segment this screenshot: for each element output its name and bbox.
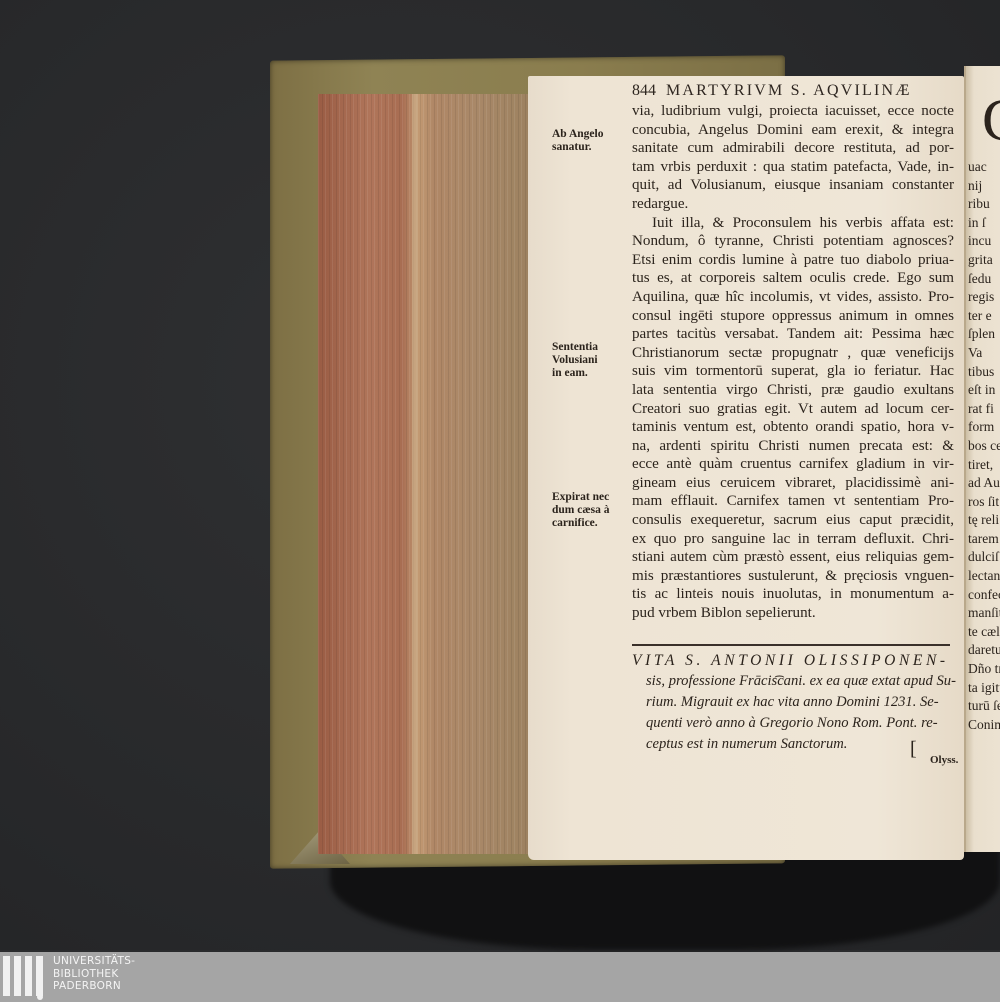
text-line: mis præstantiores sustulerunt, & pręcios… <box>632 567 954 586</box>
text-line: partes tacitùs versabat. Tandem ait: Pes… <box>632 325 954 344</box>
text-line: tis ac linteis nouis inuolutas, in monum… <box>632 585 954 604</box>
text-line: ex quo pro sanguine lac in terram deflux… <box>632 530 954 549</box>
next-section-title: VITA S. ANTONII OLISSIPONEN- sis, profes… <box>632 650 954 755</box>
text-line: redargue. <box>632 195 954 214</box>
section-divider-rule <box>632 644 950 646</box>
text-line: Creatori suo gratias egit. Vt autem ad l… <box>632 400 954 419</box>
text-line: Aquilina, quæ hîc incolumis, vt vides, a… <box>632 288 954 307</box>
logo-dot <box>37 994 43 1000</box>
text-line: Christianorum sectæ propugnatr , quæ ven… <box>632 344 954 363</box>
section-title-line: VITA S. ANTONII OLISSIPONEN- <box>632 650 954 671</box>
text-line: Etsi enim cordis lumine à patre tuo diab… <box>632 251 954 270</box>
facing-page-fragments: uac nij ribu in ſ incu grita ſedu regis … <box>968 158 1000 734</box>
section-title-line: ceptus est in numerum Sanctorum. <box>632 734 954 755</box>
text-line: tam vrbis perduxit : qua statim patefact… <box>632 158 954 177</box>
text-line: tus es, at corporeis saltem oculis crede… <box>632 269 954 288</box>
facing-page-initial: C <box>982 90 1000 150</box>
section-title-line: quenti verò anno à Gregorio Nono Rom. Po… <box>632 713 954 734</box>
fore-edge-gap <box>412 94 418 854</box>
text-line: ecce antè quàm cruentus carnifex gladium… <box>632 455 954 474</box>
running-header: 844MARTYRIVM S. AQVILINÆ <box>632 82 962 100</box>
section-title-line: sis, professione Frācis͡cani. ex ea quæ … <box>632 671 954 692</box>
text-line: suis vim tormentorū superat, gla io feri… <box>632 362 954 381</box>
page-block-fore-edge <box>318 94 528 854</box>
text-line: pud vrbem Biblon sepelierunt. <box>632 604 954 623</box>
page-number: 844 <box>632 82 656 99</box>
text-line: gineam eius ceruicem vibraret, placidiss… <box>632 474 954 493</box>
text-line: consul ingēti stupore oppressus animum i… <box>632 307 954 326</box>
text-line: mam efflauit. Carnifex tamen vt sententi… <box>632 492 954 511</box>
margin-note-1: Ab Angelo sanatur. <box>552 128 632 154</box>
text-line: Nondum, ô tyranne, Christi potentiam agn… <box>632 232 954 251</box>
margin-note-2: Sententia Volusiani in eam. <box>552 341 632 380</box>
text-line: quit, ad Volusianum, eiusque insaniam co… <box>632 176 954 195</box>
text-line: via, ludibrium vulgi, proiecta iacuisset… <box>632 102 954 121</box>
margin-note-3: Expirat nec dum cæsa à carnifice. <box>552 491 632 530</box>
text-line: lata sententia virgo Christi, præ gaudio… <box>632 381 954 400</box>
catchword: Olyss. <box>930 754 958 766</box>
running-title: MARTYRIVM S. AQVILINÆ <box>666 82 912 99</box>
text-line: Iuit illa, & Proconsulem his verbis affa… <box>632 214 954 233</box>
text-line: sanitate cum admirabili decore restituta… <box>632 139 954 158</box>
text-line: na, ardenti spiritu Christi numen precat… <box>632 437 954 456</box>
text-line: concubia, Angelus Domini eam erexit, & i… <box>632 121 954 140</box>
text-line: taminis ventum est, obtento orandi spati… <box>632 418 954 437</box>
section-title-line: rium. Migrauit ex hac vita anno Domini 1… <box>632 692 954 713</box>
bracket-mark: [ <box>910 738 917 761</box>
text-line: stiani autem cùm præstò essent, eius rel… <box>632 548 954 567</box>
library-logo-text: UNIVERSITÄTS- BIBLIOTHEK PADERBORN <box>53 955 135 993</box>
text-line: consulis exequeretur, sacrum eius caput … <box>632 511 954 530</box>
viewer-footer-bar: UNIVERSITÄTS- BIBLIOTHEK PADERBORN <box>0 952 1000 1002</box>
page-body-text: via, ludibrium vulgi, proiecta iacuisset… <box>632 102 954 623</box>
